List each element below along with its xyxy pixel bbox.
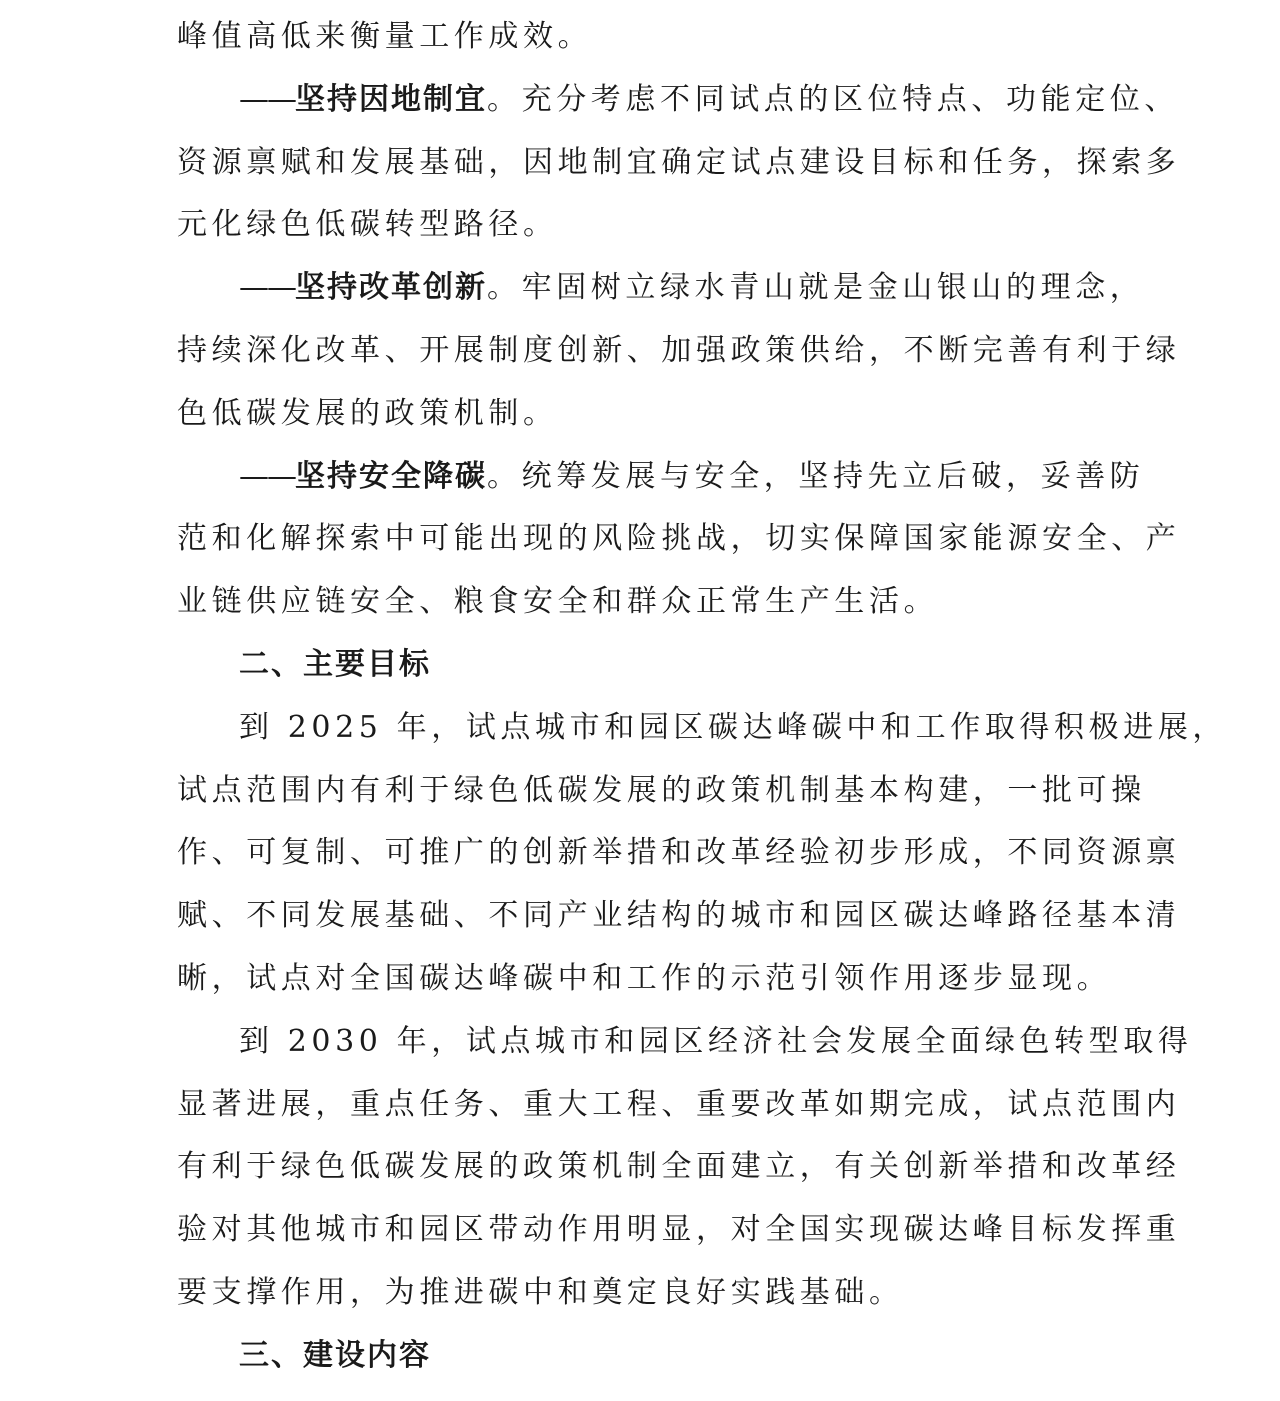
paragraph-line: 色低碳发展的政策机制。 <box>177 383 1105 446</box>
paragraph-2025-goals: 到 2025 年，试点城市和园区碳达峰碳中和工作取得积极进展， <box>177 697 1105 760</box>
paragraph-line: 验对其他城市和园区带动作用明显，对全国实现碳达峰目标发挥重 <box>177 1199 1105 1262</box>
paragraph-line: 显著进展，重点任务、重大工程、重要改革如期完成，试点范围内 <box>177 1074 1105 1137</box>
principle-safe-carbon-reduction: ——坚持安全降碳。统筹发展与安全，坚持先立后破，妥善防 <box>177 446 1105 509</box>
paragraph-2030-goals: 到 2030 年，试点城市和园区经济社会发展全面绿色转型取得 <box>177 1011 1105 1074</box>
paragraph-line: 要支撑作用，为推进碳中和奠定良好实践基础。 <box>177 1262 1105 1325</box>
paragraph-line: 赋、不同发展基础、不同产业结构的城市和园区碳达峰路径基本清 <box>177 885 1105 948</box>
paragraph-line: 持续深化改革、开展制度创新、加强政策供给，不断完善有利于绿 <box>177 320 1105 383</box>
paragraph-text: 。统筹发展与安全，坚持先立后破，妥善防 <box>487 459 1144 494</box>
em-dash: —— <box>239 459 295 494</box>
em-dash: —— <box>239 270 295 305</box>
paragraph-line: 试点范围内有利于绿色低碳发展的政策机制基本构建，一批可操 <box>177 760 1105 823</box>
paragraph-continuation: 峰值高低来衡量工作成效。 <box>177 6 1105 69</box>
paragraph-line: 作、可复制、可推广的创新举措和改革经验初步形成，不同资源禀 <box>177 822 1105 885</box>
document-page: 峰值高低来衡量工作成效。 ——坚持因地制宜。充分考虑不同试点的区位特点、功能定位… <box>177 6 1117 1388</box>
principle-reform-innovation: ——坚持改革创新。牢固树立绿水青山就是金山银山的理念， <box>177 257 1105 320</box>
paragraph-line: 业链供应链安全、粮食安全和群众正常生产生活。 <box>177 571 1105 634</box>
paragraph-line: 范和化解探索中可能出现的风险挑战，切实保障国家能源安全、产 <box>177 508 1105 571</box>
em-dash: —— <box>239 82 295 117</box>
paragraph-text: 。充分考虑不同试点的区位特点、功能定位、 <box>487 82 1179 117</box>
principle-lead-text: 坚持安全降碳 <box>295 459 487 494</box>
principle-adapt-to-local-conditions: ——坚持因地制宜。充分考虑不同试点的区位特点、功能定位、 <box>177 69 1105 132</box>
principle-lead-text: 坚持改革创新 <box>295 270 487 305</box>
paragraph-line: 资源禀赋和发展基础，因地制宜确定试点建设目标和任务，探索多 <box>177 132 1105 195</box>
paragraph-line: 元化绿色低碳转型路径。 <box>177 194 1105 257</box>
paragraph-text: 。牢固树立绿水青山就是金山银山的理念， <box>487 270 1144 305</box>
section-heading-construction-content: 三、建设内容 <box>177 1325 1105 1388</box>
section-heading-main-goals: 二、主要目标 <box>177 634 1105 697</box>
paragraph-line: 晰，试点对全国碳达峰碳中和工作的示范引领作用逐步显现。 <box>177 948 1105 1011</box>
principle-lead-text: 坚持因地制宜 <box>295 82 487 117</box>
paragraph-line: 有利于绿色低碳发展的政策机制全面建立，有关创新举措和改革经 <box>177 1136 1105 1199</box>
